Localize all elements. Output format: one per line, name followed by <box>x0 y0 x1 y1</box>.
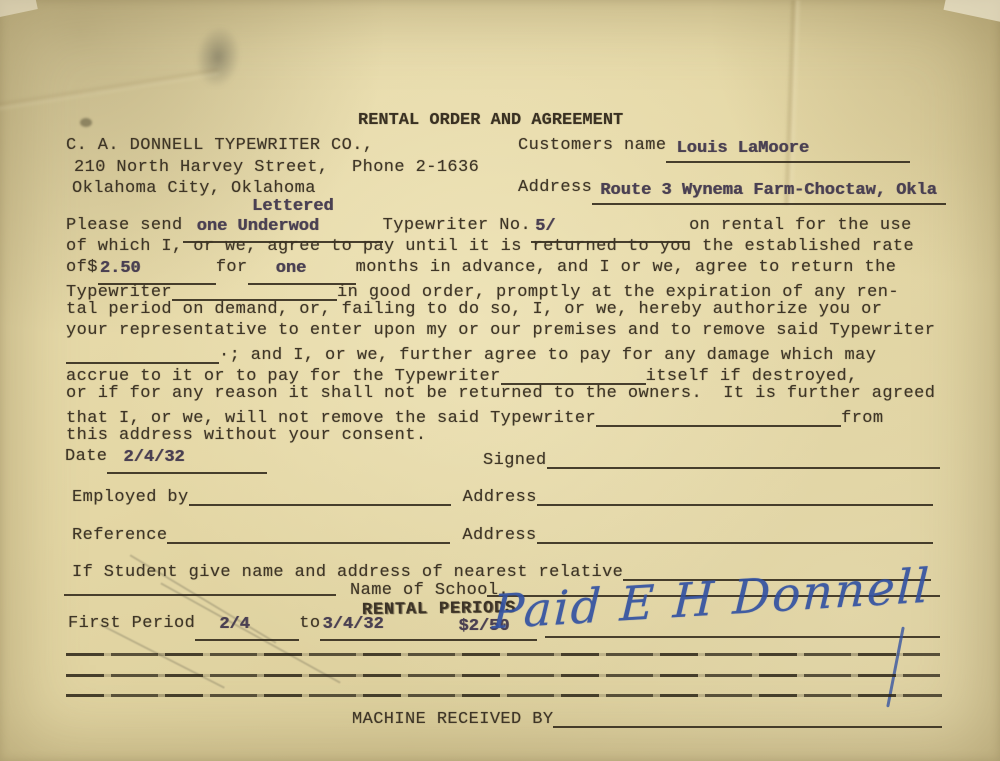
agreement-line-11: this address without your consent. <box>66 426 426 445</box>
premises-blank <box>66 342 219 364</box>
school-label: Name of School. <box>350 581 509 600</box>
paper-corner-fold <box>0 0 38 19</box>
customer-name-value: Louis LaMoore <box>666 139 809 158</box>
agreement-text: of$ <box>66 258 98 277</box>
company-city: Oklahoma City, Oklahoma <box>72 179 316 198</box>
period-end-blank: 3/4/32 <box>320 619 444 641</box>
paper-corner-fold <box>944 0 1000 26</box>
customer-name-label: Customers name <box>518 136 666 155</box>
date-value: 2/4/32 <box>107 448 184 467</box>
agreement-line-10: that I, or we, will not remove the said … <box>66 405 884 428</box>
agreement-text: from <box>841 409 883 428</box>
customer-name-row: Customers nameLouis LaMoore <box>518 136 910 163</box>
customer-address-blank: Route 3 Wynema Farm-Choctaw, Okla <box>592 183 946 205</box>
employed-by-label: Employed by <box>72 488 189 507</box>
reference-address-blank <box>537 522 933 544</box>
customer-address-label: Address <box>518 178 592 197</box>
agreement-line-9: or if for any reason it shall not be ret… <box>66 384 935 403</box>
agreement-line-6: your representative to enter upon my or … <box>66 321 935 340</box>
stain-spot <box>80 118 92 127</box>
rate-value: 2.50 <box>98 259 141 278</box>
months-value: one <box>248 259 307 278</box>
company-street: 210 North Harvey Street, <box>74 158 328 177</box>
agreement-text: on rental for the use <box>689 216 912 235</box>
to-label: to <box>299 614 320 633</box>
agreement-line-5: tal period on demand, or, failing to do … <box>66 300 882 319</box>
employed-by-blank <box>189 484 451 506</box>
typewriter-blank-2 <box>172 279 337 301</box>
first-period-label: First Period <box>68 614 195 633</box>
signed-label: Signed <box>483 451 547 470</box>
date-label: Date <box>65 447 107 466</box>
agreement-text: Please send <box>66 216 183 235</box>
agreement-text: Typewriter No. <box>383 216 531 235</box>
signed-row: Signed <box>483 447 940 470</box>
machine-received-blank <box>553 706 942 728</box>
agreement-text: months in advance, and I or we, agree to… <box>356 258 897 277</box>
date-row: Date2/4/32 <box>65 447 267 474</box>
reference-address-label: Address <box>462 526 536 545</box>
customer-address-row: AddressRoute 3 Wynema Farm-Choctaw, Okla <box>518 178 946 205</box>
reference-label: Reference <box>72 526 167 545</box>
agreement-text: for <box>216 258 248 277</box>
student-relative-label: If Student give name and address of near… <box>72 563 623 582</box>
form-title: RENTAL ORDER AND AGREEMENT <box>358 111 623 130</box>
typewriter-model-value: one Underwod <box>183 217 319 236</box>
agreement-line-2: of which I, or we, agree to pay until it… <box>66 237 914 256</box>
machine-received-row: MACHINE RECEIVED BY <box>352 706 942 729</box>
paper-crease-right <box>782 0 801 205</box>
school-left-rule <box>64 594 336 596</box>
period-start-blank: 2/4 <box>195 619 299 641</box>
typewriter-number-value: 5/ <box>531 217 555 236</box>
signed-blank <box>547 447 940 469</box>
typewriter-blank-3 <box>501 363 646 385</box>
blank-rule-3 <box>66 694 942 697</box>
machine-received-label: MACHINE RECEIVED BY <box>352 710 553 729</box>
period-start-value: 2/4 <box>195 615 250 634</box>
reference-row: ReferenceAddress <box>72 522 933 545</box>
rental-agreement-document: RENTAL ORDER AND AGREEMENT C. A. DONNELL… <box>0 0 1000 761</box>
period-end-value: 3/4/32 <box>320 615 383 634</box>
reference-blank <box>167 522 450 544</box>
paper-crease-left <box>0 67 219 113</box>
agreement-line-8: accrue to it or to pay for the Typewrite… <box>66 363 858 386</box>
company-phone: Phone 2-1636 <box>352 158 479 177</box>
lettered-stamp: Lettered <box>252 197 334 216</box>
blank-rule-1 <box>66 653 940 656</box>
customer-name-blank: Louis LaMoore <box>666 141 910 163</box>
customer-address-value: Route 3 Wynema Farm-Choctaw, Okla <box>592 181 937 200</box>
company-name: C. A. DONNELL TYPEWRITER CO., <box>66 136 373 155</box>
blank-rule-2 <box>66 674 940 677</box>
first-period-signature-rule <box>545 636 940 638</box>
first-period-row: First Period2/4to3/4/32$2/50 <box>68 614 537 641</box>
employer-address-blank <box>537 484 933 506</box>
employed-row: Employed byAddress <box>72 484 933 507</box>
ink-smudge <box>192 23 244 91</box>
agreement-line-7: ·; and I, or we, further agree to pay fo… <box>66 342 876 365</box>
typewriter-blank-4 <box>596 405 841 427</box>
agreement-line-4: Typewriterin good order, promptly at the… <box>66 279 899 302</box>
employer-address-label: Address <box>463 488 537 507</box>
date-blank: 2/4/32 <box>107 452 267 474</box>
